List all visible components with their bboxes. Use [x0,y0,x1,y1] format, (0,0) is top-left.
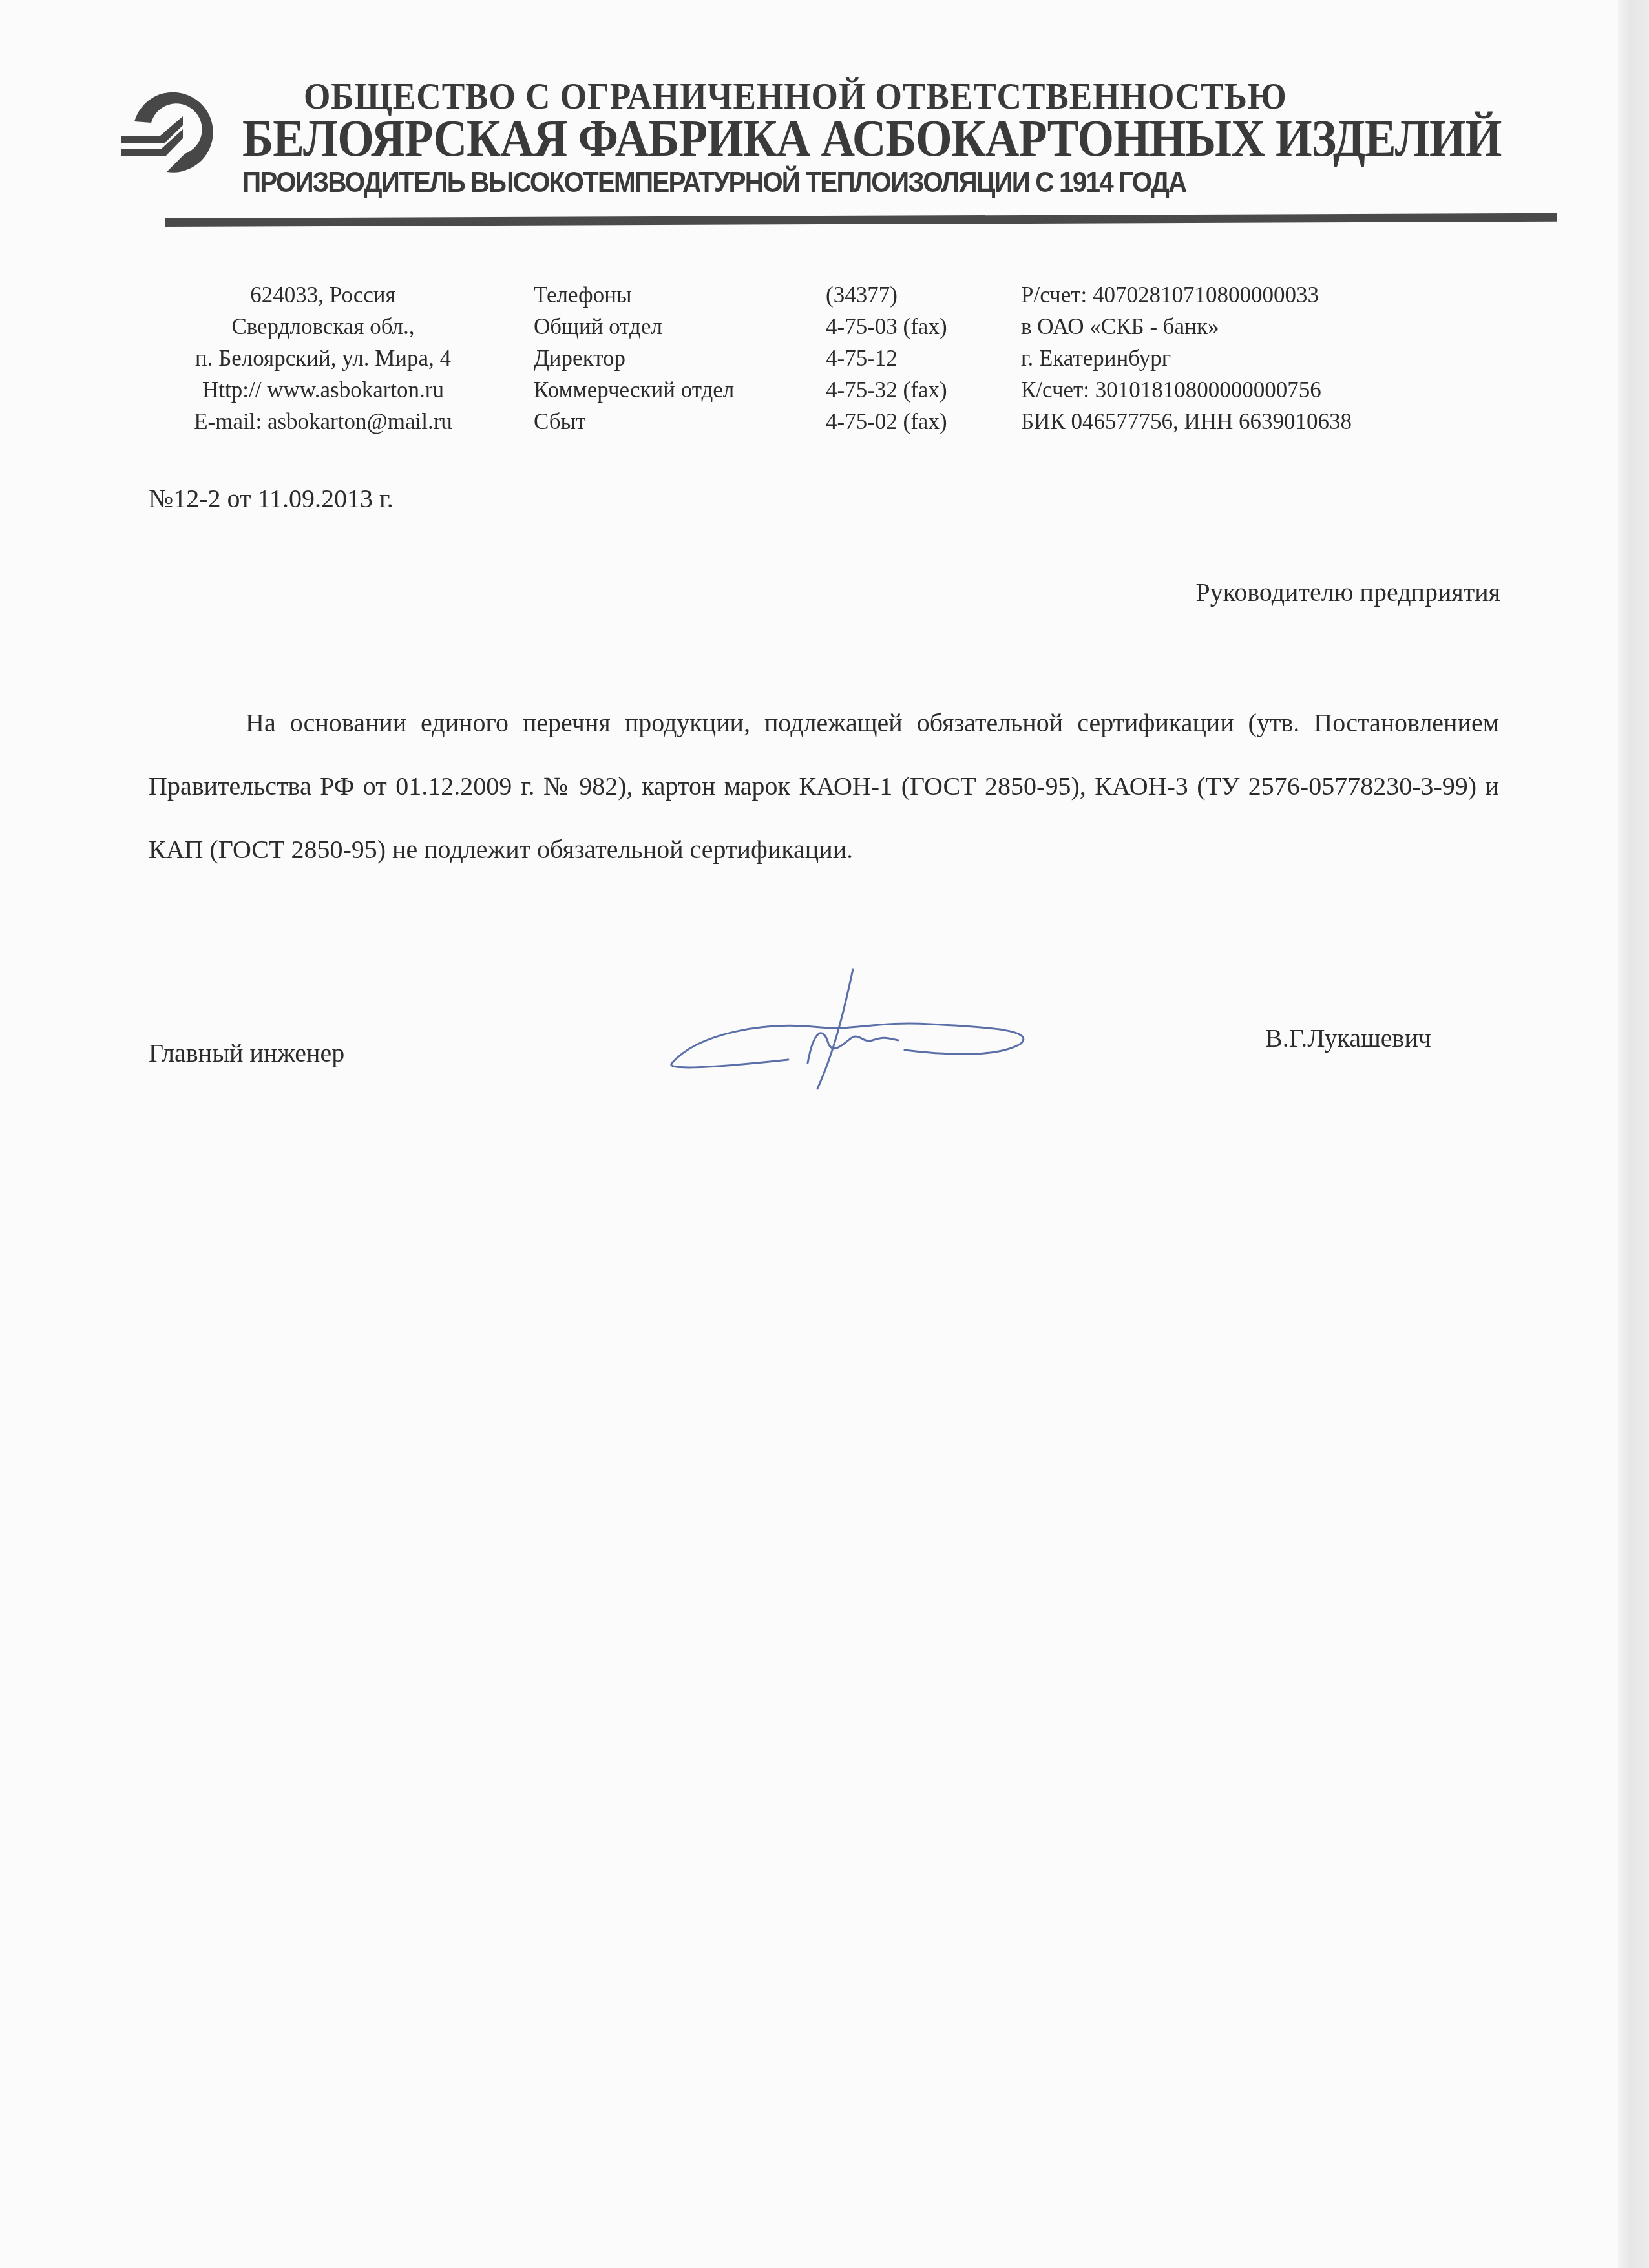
letterhead-divider [165,213,1557,227]
phone-label: Директор [534,342,734,374]
phone-label: Общий отдел [534,311,734,342]
letter-body: На основании единого перечня продукции, … [149,691,1499,881]
phone-number: 4-75-32 (fax) [826,374,947,406]
letter-body-text: На основании единого перечня продукции, … [149,708,1499,864]
phone-number: 4-75-03 (fax) [826,311,947,342]
org-name: БЕЛОЯРСКАЯ ФАБРИКА АСБОКАРТОННЫХ ИЗДЕЛИЙ [242,110,1502,169]
phone-number: 4-75-02 (fax) [826,406,947,437]
org-tagline: ПРОИЗВОДИТЕЛЬ ВЫСОКОТЕМПЕРАТУРНОЙ ТЕПЛОИ… [242,167,1186,199]
phone-label: Сбыт [534,406,734,437]
bank-line: г. Екатеринбург [1021,342,1352,374]
bank-line: Р/счет: 40702810710800000033 [1021,279,1352,311]
address-line: п. Белоярский, ул. Мира, 4 [155,342,491,374]
signature-icon [659,956,1047,1098]
signatory-name: В.Г.Лукашевич [1265,1023,1431,1053]
phone-label: Телефоны [534,279,734,311]
company-logo-icon [121,83,231,180]
bank-line: БИК 046577756, ИНН 6639010638 [1021,406,1352,437]
bank-line: в ОАО «СКБ - банк» [1021,311,1352,342]
addressee: Руководителю предприятия [1196,577,1500,607]
signatory-role: Главный инженер [149,1038,344,1068]
phone-number: 4-75-12 [826,342,947,374]
address-line: Свердловская обл., [155,311,491,342]
scan-edge [1618,0,1649,2268]
phone-numbers: (34377) 4-75-03 (fax) 4-75-12 4-75-32 (f… [826,279,947,437]
address-block: 624033, Россия Свердловская обл., п. Бел… [155,279,491,437]
bank-details: Р/счет: 40702810710800000033 в ОАО «СКБ … [1021,279,1352,437]
phone-number: (34377) [826,279,947,311]
phone-label: Коммерческий отдел [534,374,734,406]
bank-line: К/счет: 30101810800000000756 [1021,374,1352,406]
phone-labels: Телефоны Общий отдел Директор Коммерческ… [534,279,734,437]
email-link[interactable]: E-mail: asbokarton@mail.ru [155,406,491,437]
address-line: 624033, Россия [155,279,491,311]
letter-reference: №12-2 от 11.09.2013 г. [149,483,394,514]
website-link[interactable]: Http:// www.asbokarton.ru [155,374,491,406]
